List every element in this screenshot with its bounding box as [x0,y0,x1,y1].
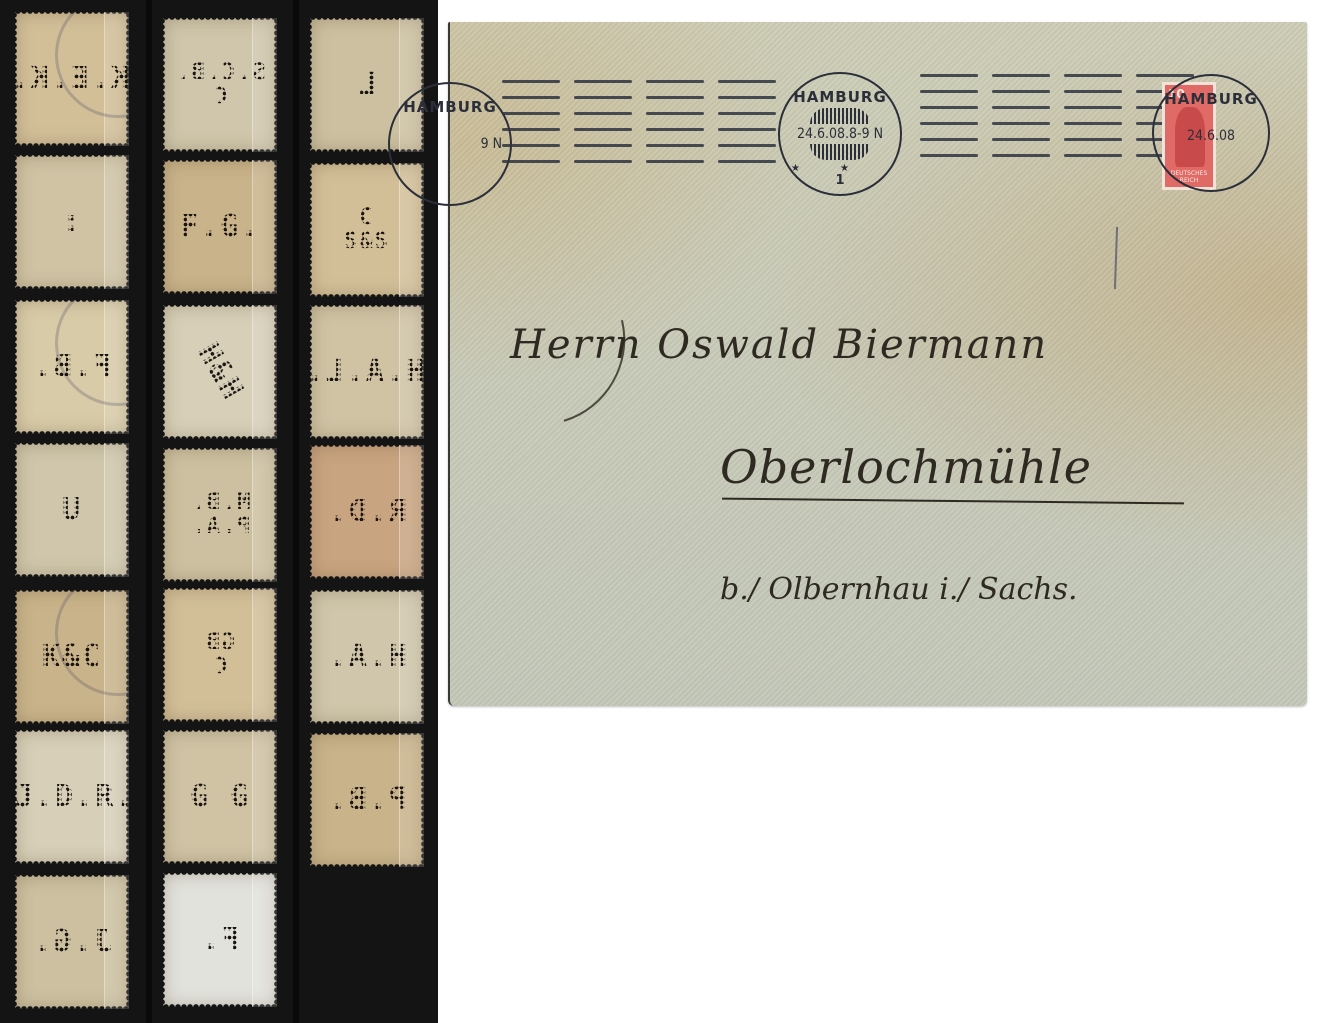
perfin-letters: F. [163,925,277,955]
perfin-letters: J.D.R. [15,782,129,812]
perfin-stamp: H.A. [310,590,424,724]
perfin-letters: R.D. [310,497,424,527]
pencil-mark [1114,227,1118,289]
strip-divider [293,0,299,1023]
perfin-letters: U [15,495,129,525]
perfin-stamp: K.E.K. [15,12,129,146]
perfin-letters: K.E.K. [15,64,129,94]
perfin-letters: P.B. [310,785,424,815]
perfin-stamp: GB C [163,588,277,722]
address-region: b./ Olbernhau i./ Sachs. [720,572,1078,607]
perfin-stamp: J.G. [15,875,129,1009]
address-underline [722,498,1184,505]
perfin-letters: H.A.L. [310,357,424,387]
perfin-stamp: R.D. [310,445,424,579]
perfin-letters: H&H [179,315,262,429]
perfin-stamp: : [15,155,129,289]
perfin-stamp: U [15,443,129,577]
perfin-stamp-album-strip: K.E.K.:F.B.UK&CJ.D.R.J.G.S.C.B. CF.G.H&H… [0,0,438,1023]
machine-cancel-wavy-lines-left [502,80,776,163]
postmark-hamburg-main: HAMBURG 24.6.08.8-9 N ★★ 1 [778,72,902,196]
perfin-stamp: F. [163,873,277,1007]
perfin-stamp: H.A.L. [310,305,424,439]
address-recipient-name: Herrn Oswald Biermann [510,322,1048,368]
perfin-stamp: F.B. [15,300,129,434]
perfin-stamp: S.C.B. C [163,18,277,152]
perfin-letters: F.G. [163,212,277,242]
perfin-letters: F.B. [15,352,129,382]
perfin-letters: S.C.B. C [163,61,277,109]
perfin-stamp: H&H [163,305,277,439]
envelope-cover: HAMBURG 9 N HAMBURG 24.6.08.8-9 N ★★ 1 1… [448,22,1307,706]
perfin-stamp: F.G. [163,160,277,294]
perfin-letters: H.A. [310,642,424,672]
address-town: Oberlochmühle [720,440,1092,494]
perfin-stamp: J.D.R. [15,730,129,864]
perfin-letters: G G [163,782,277,812]
perfin-letters: : [15,207,129,237]
perfin-letters: L [310,70,424,100]
perfin-letters: J.G. [15,927,129,957]
strip-divider [146,0,152,1023]
perfin-stamp: K&C [15,590,129,724]
perfin-letters: C S&S [310,206,424,254]
perfin-letters: K&C [15,642,129,672]
postmark-on-stamp: HAMBURG 24.6.08 [1152,74,1270,192]
postmark-partial-left: HAMBURG 9 N [388,82,512,206]
perfin-stamp: P.B. [310,733,424,867]
perfin-stamp: M.B. P.A. [163,448,277,582]
perfin-stamp: G G [163,730,277,864]
perfin-letters: GB C [163,631,277,679]
perfin-letters: M.B. P.A. [163,491,277,539]
